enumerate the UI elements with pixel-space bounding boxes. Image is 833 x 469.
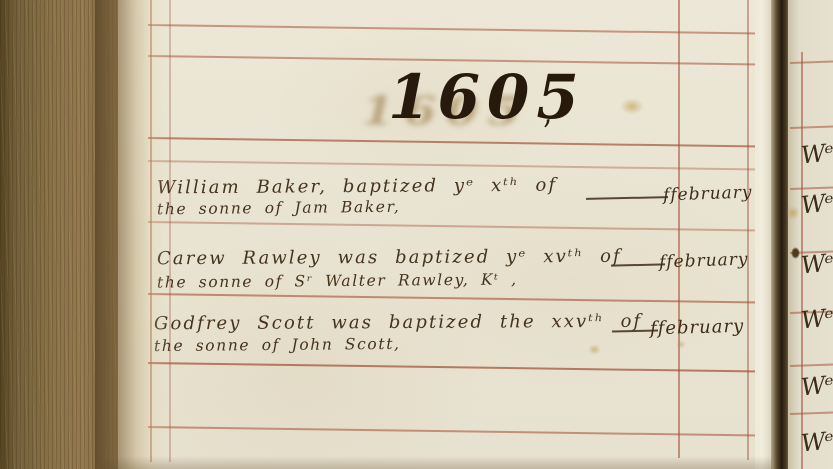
margin-line-page-edge <box>747 0 749 460</box>
year-heading: 1605 <box>388 62 586 133</box>
binding-edge-fade <box>95 0 170 469</box>
entry-line1: William Baker, baptized yᵉ xᵗʰ of <box>157 175 557 199</box>
entry-line2: the sonne of Sʳ Walter Rawley, Kᵗ , <box>157 270 518 291</box>
marginalia-we: Wᵉ <box>800 248 833 279</box>
stain <box>786 206 800 220</box>
stain <box>791 247 800 259</box>
entry-month: ffebruary <box>663 182 753 205</box>
stain <box>620 98 644 115</box>
marginalia-we: Wᵉ <box>800 303 833 334</box>
entry-month: ffebruary <box>659 249 749 272</box>
entry-line1: Godfrey Scott was baptized the xxvᵗʰ of <box>154 311 642 335</box>
marginalia-we: Wᵉ <box>800 188 833 219</box>
entry-line2: the sonne of John Scott, <box>154 335 401 355</box>
entry-line2: the sonne of Jam Baker, <box>157 198 401 219</box>
margin-line-right <box>678 0 680 458</box>
stain <box>588 344 601 355</box>
entry-line1: Carew Rawley was baptized yᵉ xvᵗʰ of <box>157 246 622 269</box>
register-photo: 1605 1605 , William Baker, baptized yᵉ x… <box>0 0 833 469</box>
marginalia-we: Wᵉ <box>800 426 833 457</box>
entry-month: ffebruary <box>650 316 745 339</box>
stain <box>676 340 686 349</box>
marginalia-we: Wᵉ <box>800 370 833 401</box>
page-bottom-shadow <box>100 456 772 469</box>
marginalia-we: Wᵉ <box>800 138 833 169</box>
